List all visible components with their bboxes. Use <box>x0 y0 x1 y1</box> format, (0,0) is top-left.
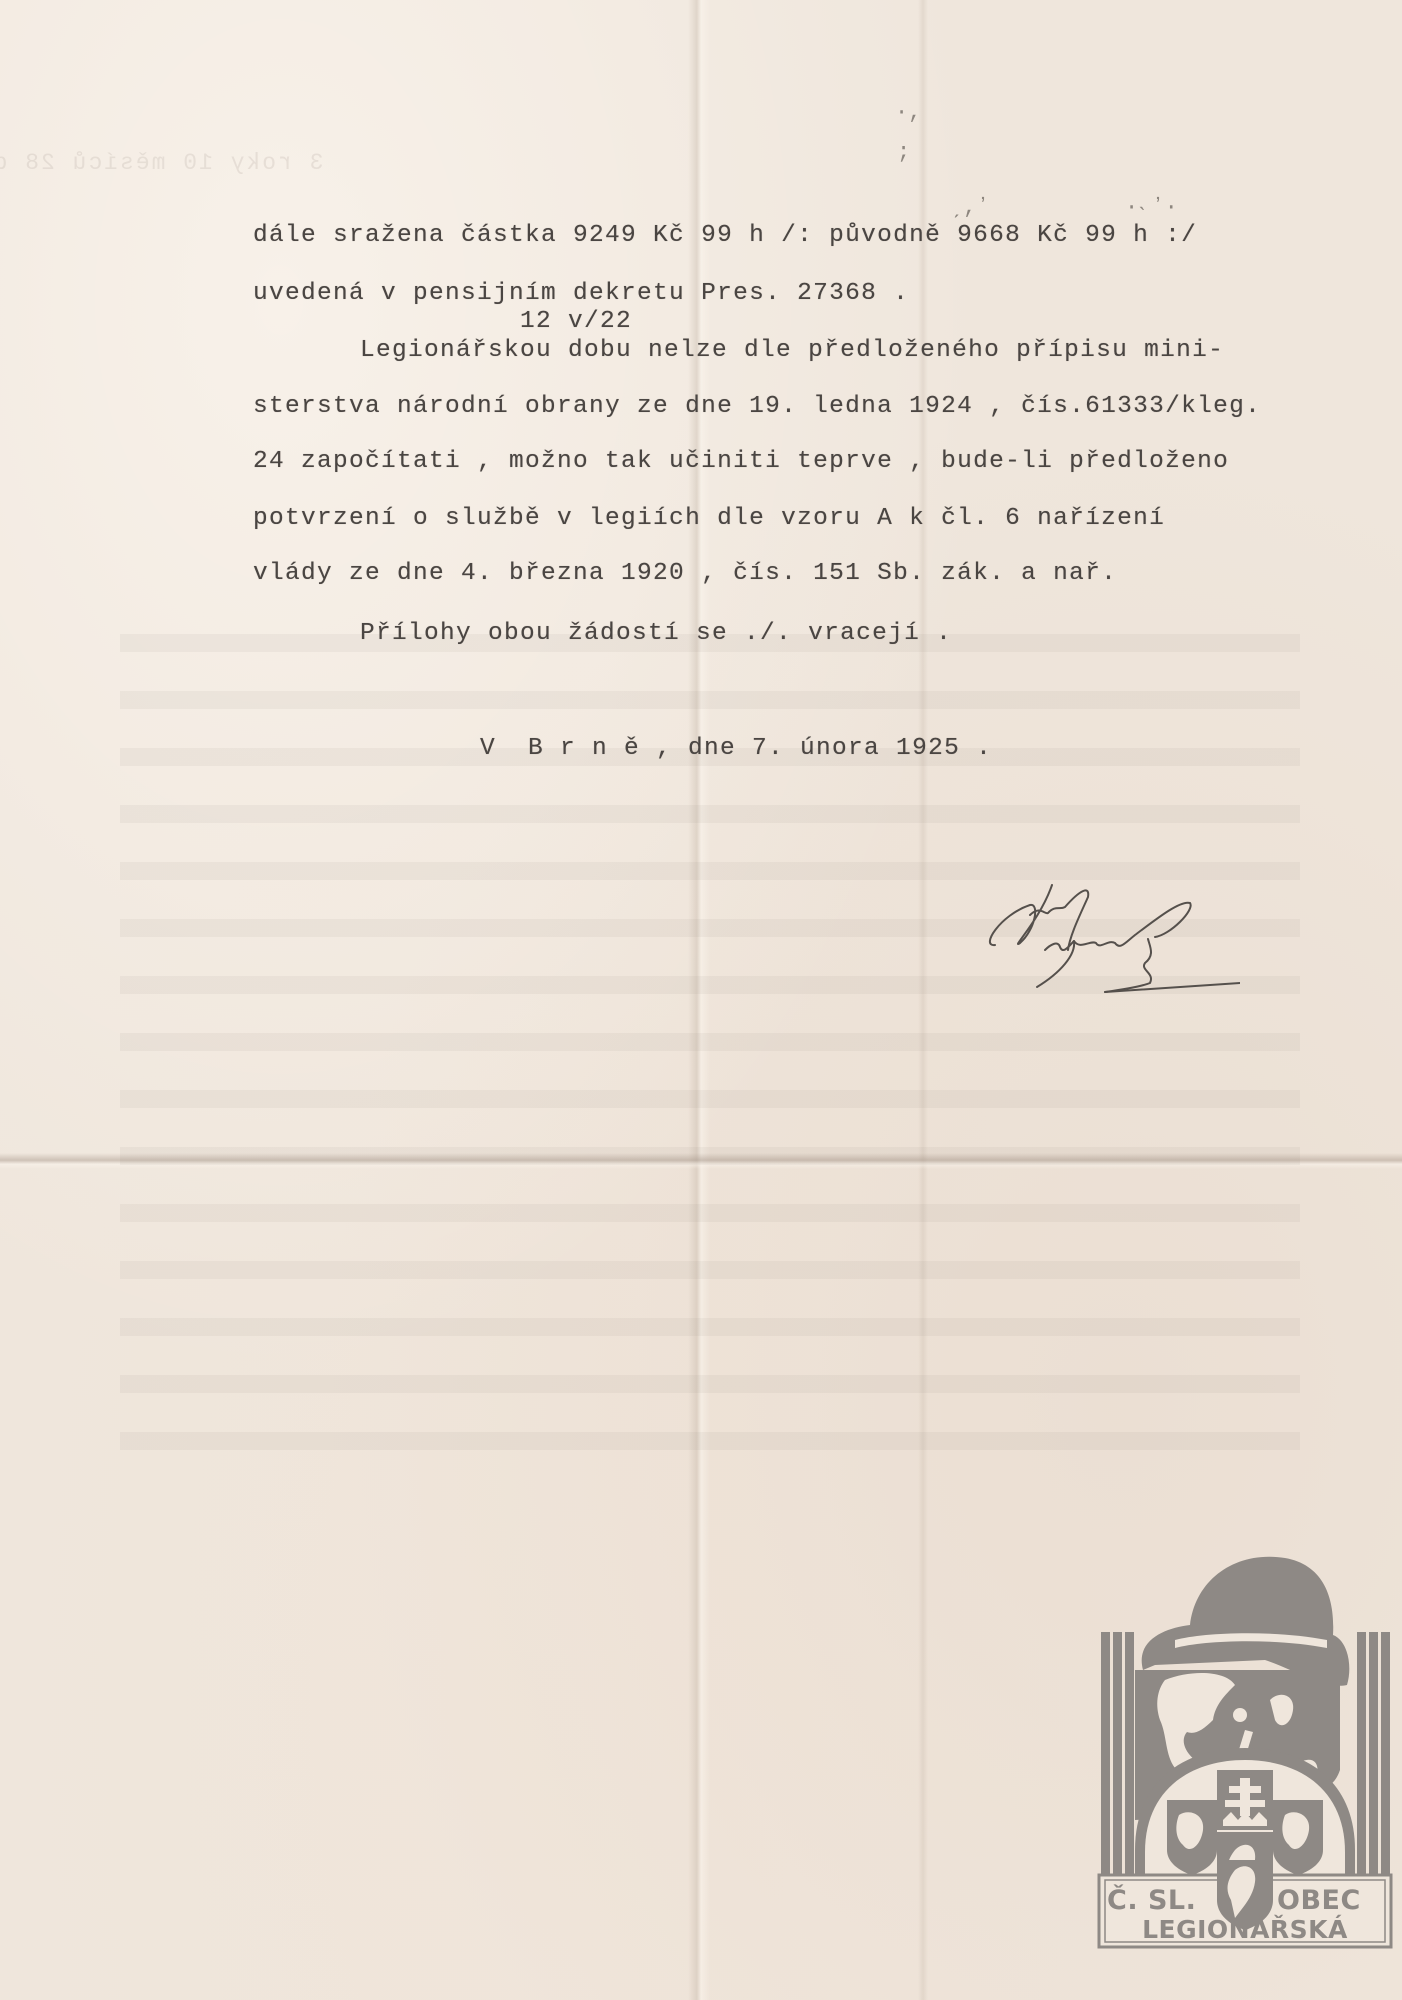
place-date-line: V B r n ě , dne 7. února 1925 . <box>480 735 992 762</box>
text-line-2: uvedená v pensijním dekretu Pres. 27368 … <box>253 280 909 307</box>
logo-text-line2: LEGIONÁŘSKÁ <box>1095 1915 1395 1944</box>
reference-number: 12 v/22 <box>520 308 632 335</box>
logo-text-line1-right: OBEC <box>1277 1885 1387 1916</box>
logo-text-line1-left: Č. SL. <box>1107 1885 1217 1916</box>
text-line-3: Legionářskou dobu nelze dle předloženého… <box>360 337 1224 364</box>
text-line-4: sterstva národní obrany ze dne 19. ledna… <box>253 393 1261 420</box>
legion-association-logo: Č. SL. OBEC LEGIONÁŘSKÁ <box>1095 1520 1395 1950</box>
text-line-5: 24 započítati , možno tak učiniti teprve… <box>253 448 1229 475</box>
ink-smudges: ·, ; ˏ,ʼ ·˴ʼ· <box>895 100 1215 210</box>
text-line-7: vlády ze dne 4. března 1920 , čís. 151 S… <box>253 560 1117 587</box>
handwritten-signature <box>940 855 1240 995</box>
attachments-line: Přílohy obou žádostí se ./. vracejí . <box>360 620 952 647</box>
bleed-through-lines <box>120 600 1300 1480</box>
text-line-1: dále sražena částka 9249 Kč 99 h /: půvo… <box>253 222 1197 249</box>
text-line-6: potvrzení o službě v legiích dle vzoru A… <box>253 505 1165 532</box>
